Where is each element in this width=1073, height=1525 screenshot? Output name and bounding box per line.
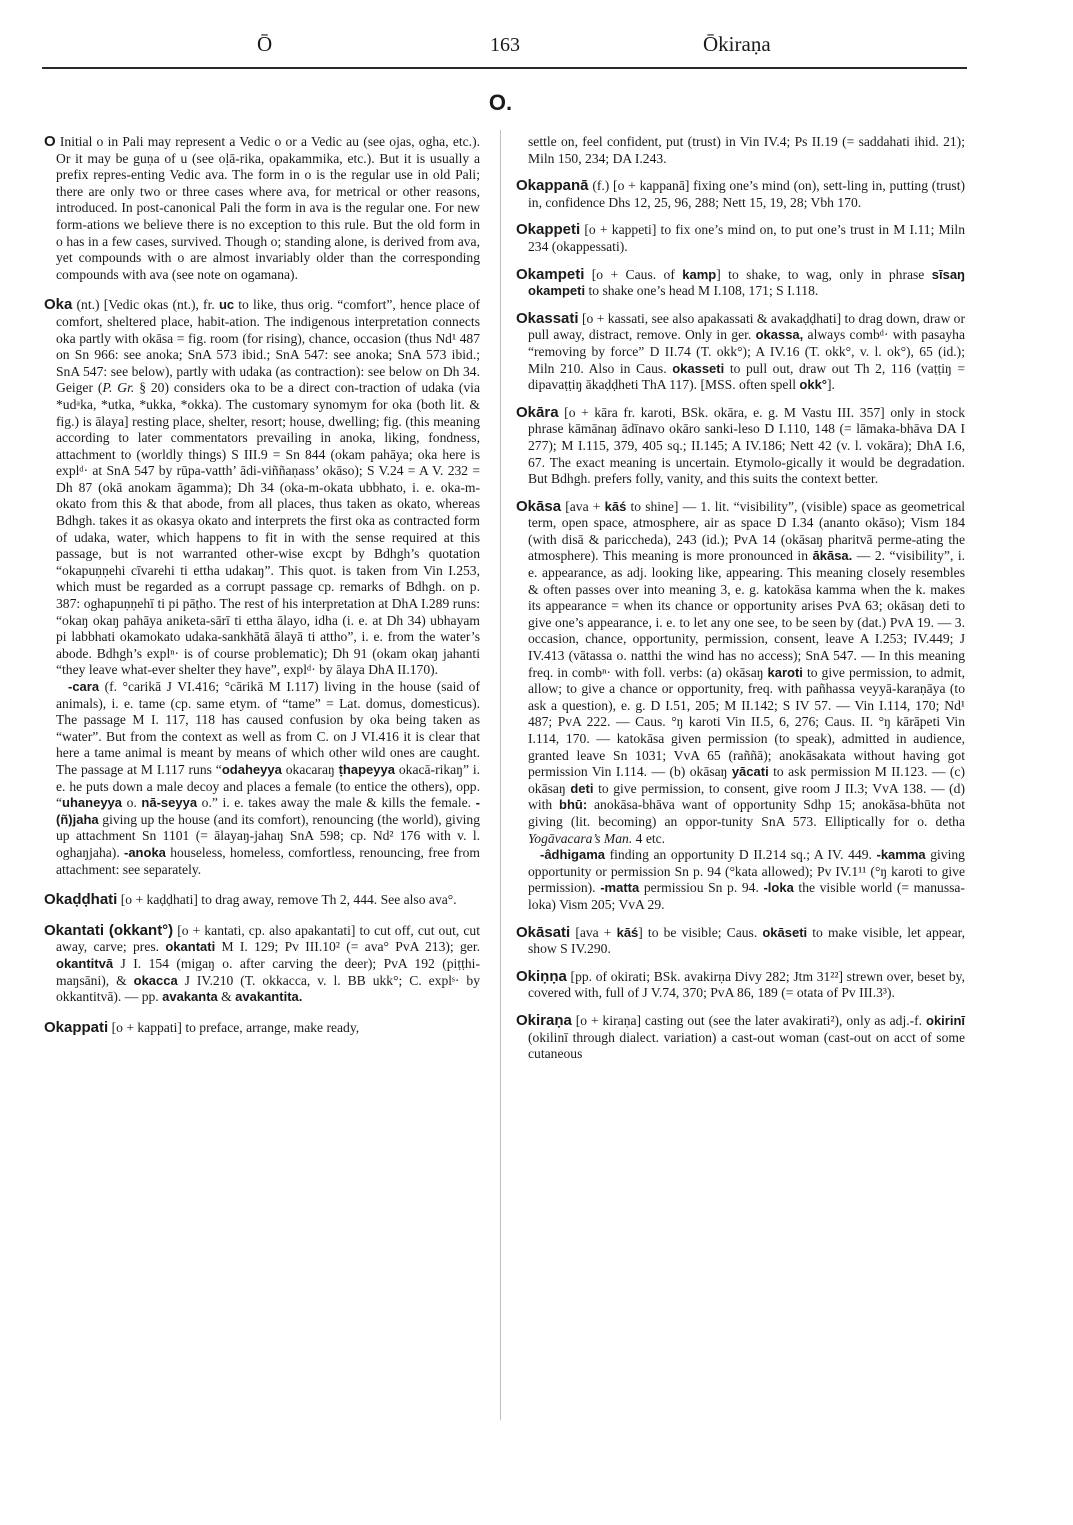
subentry-label: -âdhigama <box>540 847 605 862</box>
section-letter: O. <box>489 90 512 116</box>
page-number: 163 <box>490 34 520 57</box>
root-term: kāś <box>617 925 639 940</box>
headword: Okappati <box>44 1019 108 1036</box>
definition-part: o.” i. e. takes away the male & kills th… <box>202 795 471 810</box>
term: okantitvā <box>56 956 113 971</box>
subentry-label: -kamma <box>877 847 926 862</box>
entry-okappati-continued: settle on, feel confident, put (trust) i… <box>516 134 965 167</box>
root-term: kāś <box>605 499 627 514</box>
entry-okasati: Okāsati [ava + kāś] to be visible; Caus.… <box>516 925 965 958</box>
definition-part: to give permission, to admit, allow; to … <box>528 665 965 780</box>
term: okantati <box>165 939 215 954</box>
entry-oka: Oka (nt.) [Vedic okas (nt.), fr. uc to l… <box>44 297 480 878</box>
term: avakanta <box>162 989 218 1004</box>
term: karoti <box>768 665 803 680</box>
definition: [o + kappeti] to fix one’s mind on, to p… <box>528 222 965 254</box>
term: okk° <box>799 377 827 392</box>
term: okāseti <box>762 925 807 940</box>
term: okasseti <box>672 361 724 376</box>
term: ākāsa. <box>813 548 853 563</box>
headword: Okaḍḍhati <box>44 891 117 908</box>
term: okassa, <box>756 327 804 342</box>
definition-part: [ava + <box>565 499 600 514</box>
term: avakantita. <box>235 989 302 1004</box>
subentry-label: -cara <box>68 679 99 694</box>
citation-title: Yogāvacara’s Man. <box>528 831 632 846</box>
definition: (f.) [o + kappanā] fixing one’s mind (on… <box>528 178 965 210</box>
definition-part: okacaraŋ <box>286 762 335 777</box>
definition-part: houseless, homeless, comfortless, renoun… <box>56 845 480 877</box>
definition-part: (nt.) [Vedic okas (nt.), fr. <box>77 297 215 312</box>
root-term: kamp <box>682 267 716 282</box>
definition: [o + kāra fr. karoti, BSk. okāra, e. g. … <box>528 405 965 486</box>
definition-part: [o + Caus. of <box>592 267 675 282</box>
entry-okantati: Okantati (okkant°) [o + kantati, cp. als… <box>44 923 480 1006</box>
definition-part: ]. <box>827 377 835 392</box>
term: ṭhapeyya <box>339 762 395 777</box>
headword: Okāsa <box>516 498 561 515</box>
definition-part: ] to shake, to wag, only in phrase <box>716 267 924 282</box>
definition-part: (okilinī through dialect. variation) a c… <box>528 1030 965 1062</box>
subentry-label: -loka <box>763 880 793 895</box>
headword: Okāra <box>516 404 559 421</box>
entry-okara: Okāra [o + kāra fr. karoti, BSk. okāra, … <box>516 405 965 488</box>
definition-part: M I. 129; Pv III.10² (= ava° PvA 213); g… <box>222 939 481 954</box>
definition: [o + kaḍḍhati] to drag away, remove Th 2… <box>121 892 457 907</box>
definition-part: ] to be visible; Caus. <box>638 925 757 940</box>
headword: Okappanā <box>516 177 589 194</box>
definition-part: to shake one’s head M I.108, 171; S I.11… <box>588 283 818 298</box>
headword: Okappeti <box>516 221 580 238</box>
root-term: uc <box>219 297 234 312</box>
definition-part: 4 etc. <box>636 831 665 846</box>
headword: Okāsati <box>516 924 570 941</box>
entry-okappeti: Okappeti [o + kappeti] to fix one’s mind… <box>516 222 965 255</box>
headword: O <box>44 133 56 150</box>
right-column: settle on, feel confident, put (trust) i… <box>516 134 965 1074</box>
entry-okampeti: Okampeti [o + Caus. of kamp] to shake, t… <box>516 267 965 300</box>
left-column: O Initial o in Pali may represent a Vedi… <box>44 134 480 1047</box>
definition-part: permissiou Sn p. 94. <box>644 880 759 895</box>
definition-part: § 20) considers oka to be a direct con-t… <box>56 380 480 677</box>
entry-o: O Initial o in Pali may represent a Vedi… <box>44 134 480 283</box>
definition: [o + kappati] to preface, arrange, make … <box>112 1020 360 1035</box>
column-divider <box>500 130 501 1420</box>
definition-part: o. <box>127 795 137 810</box>
term: bhū: <box>559 797 587 812</box>
subentry-label: -matta <box>600 880 639 895</box>
definition-part: [ava + <box>575 925 611 940</box>
definition: Initial o in Pali may represent a Vedic … <box>56 134 480 282</box>
definition: settle on, feel confident, put (trust) i… <box>528 134 965 166</box>
subentry-cara: -cara (f. °carikā J VI.416; °cārikā M I.… <box>44 679 480 878</box>
header-rule <box>42 67 967 69</box>
term: nā-seyya <box>141 795 197 810</box>
headword: Okassati <box>516 310 579 327</box>
subentry-label: -anoka <box>124 845 166 860</box>
definition-part: & <box>221 989 232 1004</box>
headword: Oka <box>44 296 72 313</box>
running-head-left: Ō <box>257 32 272 57</box>
term: deti <box>570 781 593 796</box>
definition-part: [o + kiraṇa] casting out (see the later … <box>576 1013 922 1028</box>
headword: Okiraṇa <box>516 1012 572 1029</box>
definition-part: — 2. “visibility”, i. e. appearance, as … <box>528 548 965 679</box>
entry-okaddhati: Okaḍḍhati [o + kaḍḍhati] to drag away, r… <box>44 892 480 909</box>
subentry-compounds: -âdhigama finding an opportunity D II.21… <box>516 847 965 913</box>
running-head-right: Ōkiraṇa <box>703 32 771 57</box>
headword: Okiṇṇa <box>516 968 567 985</box>
term: uhaneyya <box>62 795 122 810</box>
term: okirinī <box>926 1013 965 1028</box>
citation-title: P. Gr. <box>102 380 134 395</box>
headword: Okampeti <box>516 266 584 283</box>
entry-okasa: Okāsa [ava + kāś to shine] — 1. lit. “vi… <box>516 499 965 914</box>
entry-okassati: Okassati [o + kassati, see also apakassa… <box>516 311 965 394</box>
definition-part: anokāsa-bhāva want of opportunity Sdhp 1… <box>528 797 965 829</box>
headword: Okantati (okkant°) <box>44 922 173 939</box>
running-head: Ō 163 Ōkiraṇa <box>42 32 967 62</box>
entry-okinna: Okiṇṇa [pp. of okirati; BSk. avakirṇa Di… <box>516 969 965 1002</box>
section-heading: O. <box>0 90 1073 116</box>
definition: [pp. of okirati; BSk. avakirṇa Divy 282;… <box>528 969 965 1001</box>
entry-okirana: Okiraṇa [o + kiraṇa] casting out (see th… <box>516 1013 965 1063</box>
definition-part: finding an opportunity D II.214 sq.; A I… <box>610 847 872 862</box>
term: odaheyya <box>222 762 282 777</box>
term: yācati <box>732 764 769 779</box>
entry-okappana: Okappanā (f.) [o + kappanā] fixing one’s… <box>516 178 965 211</box>
term: okacca <box>134 973 178 988</box>
entry-okappati: Okappati [o + kappati] to preface, arran… <box>44 1020 480 1037</box>
